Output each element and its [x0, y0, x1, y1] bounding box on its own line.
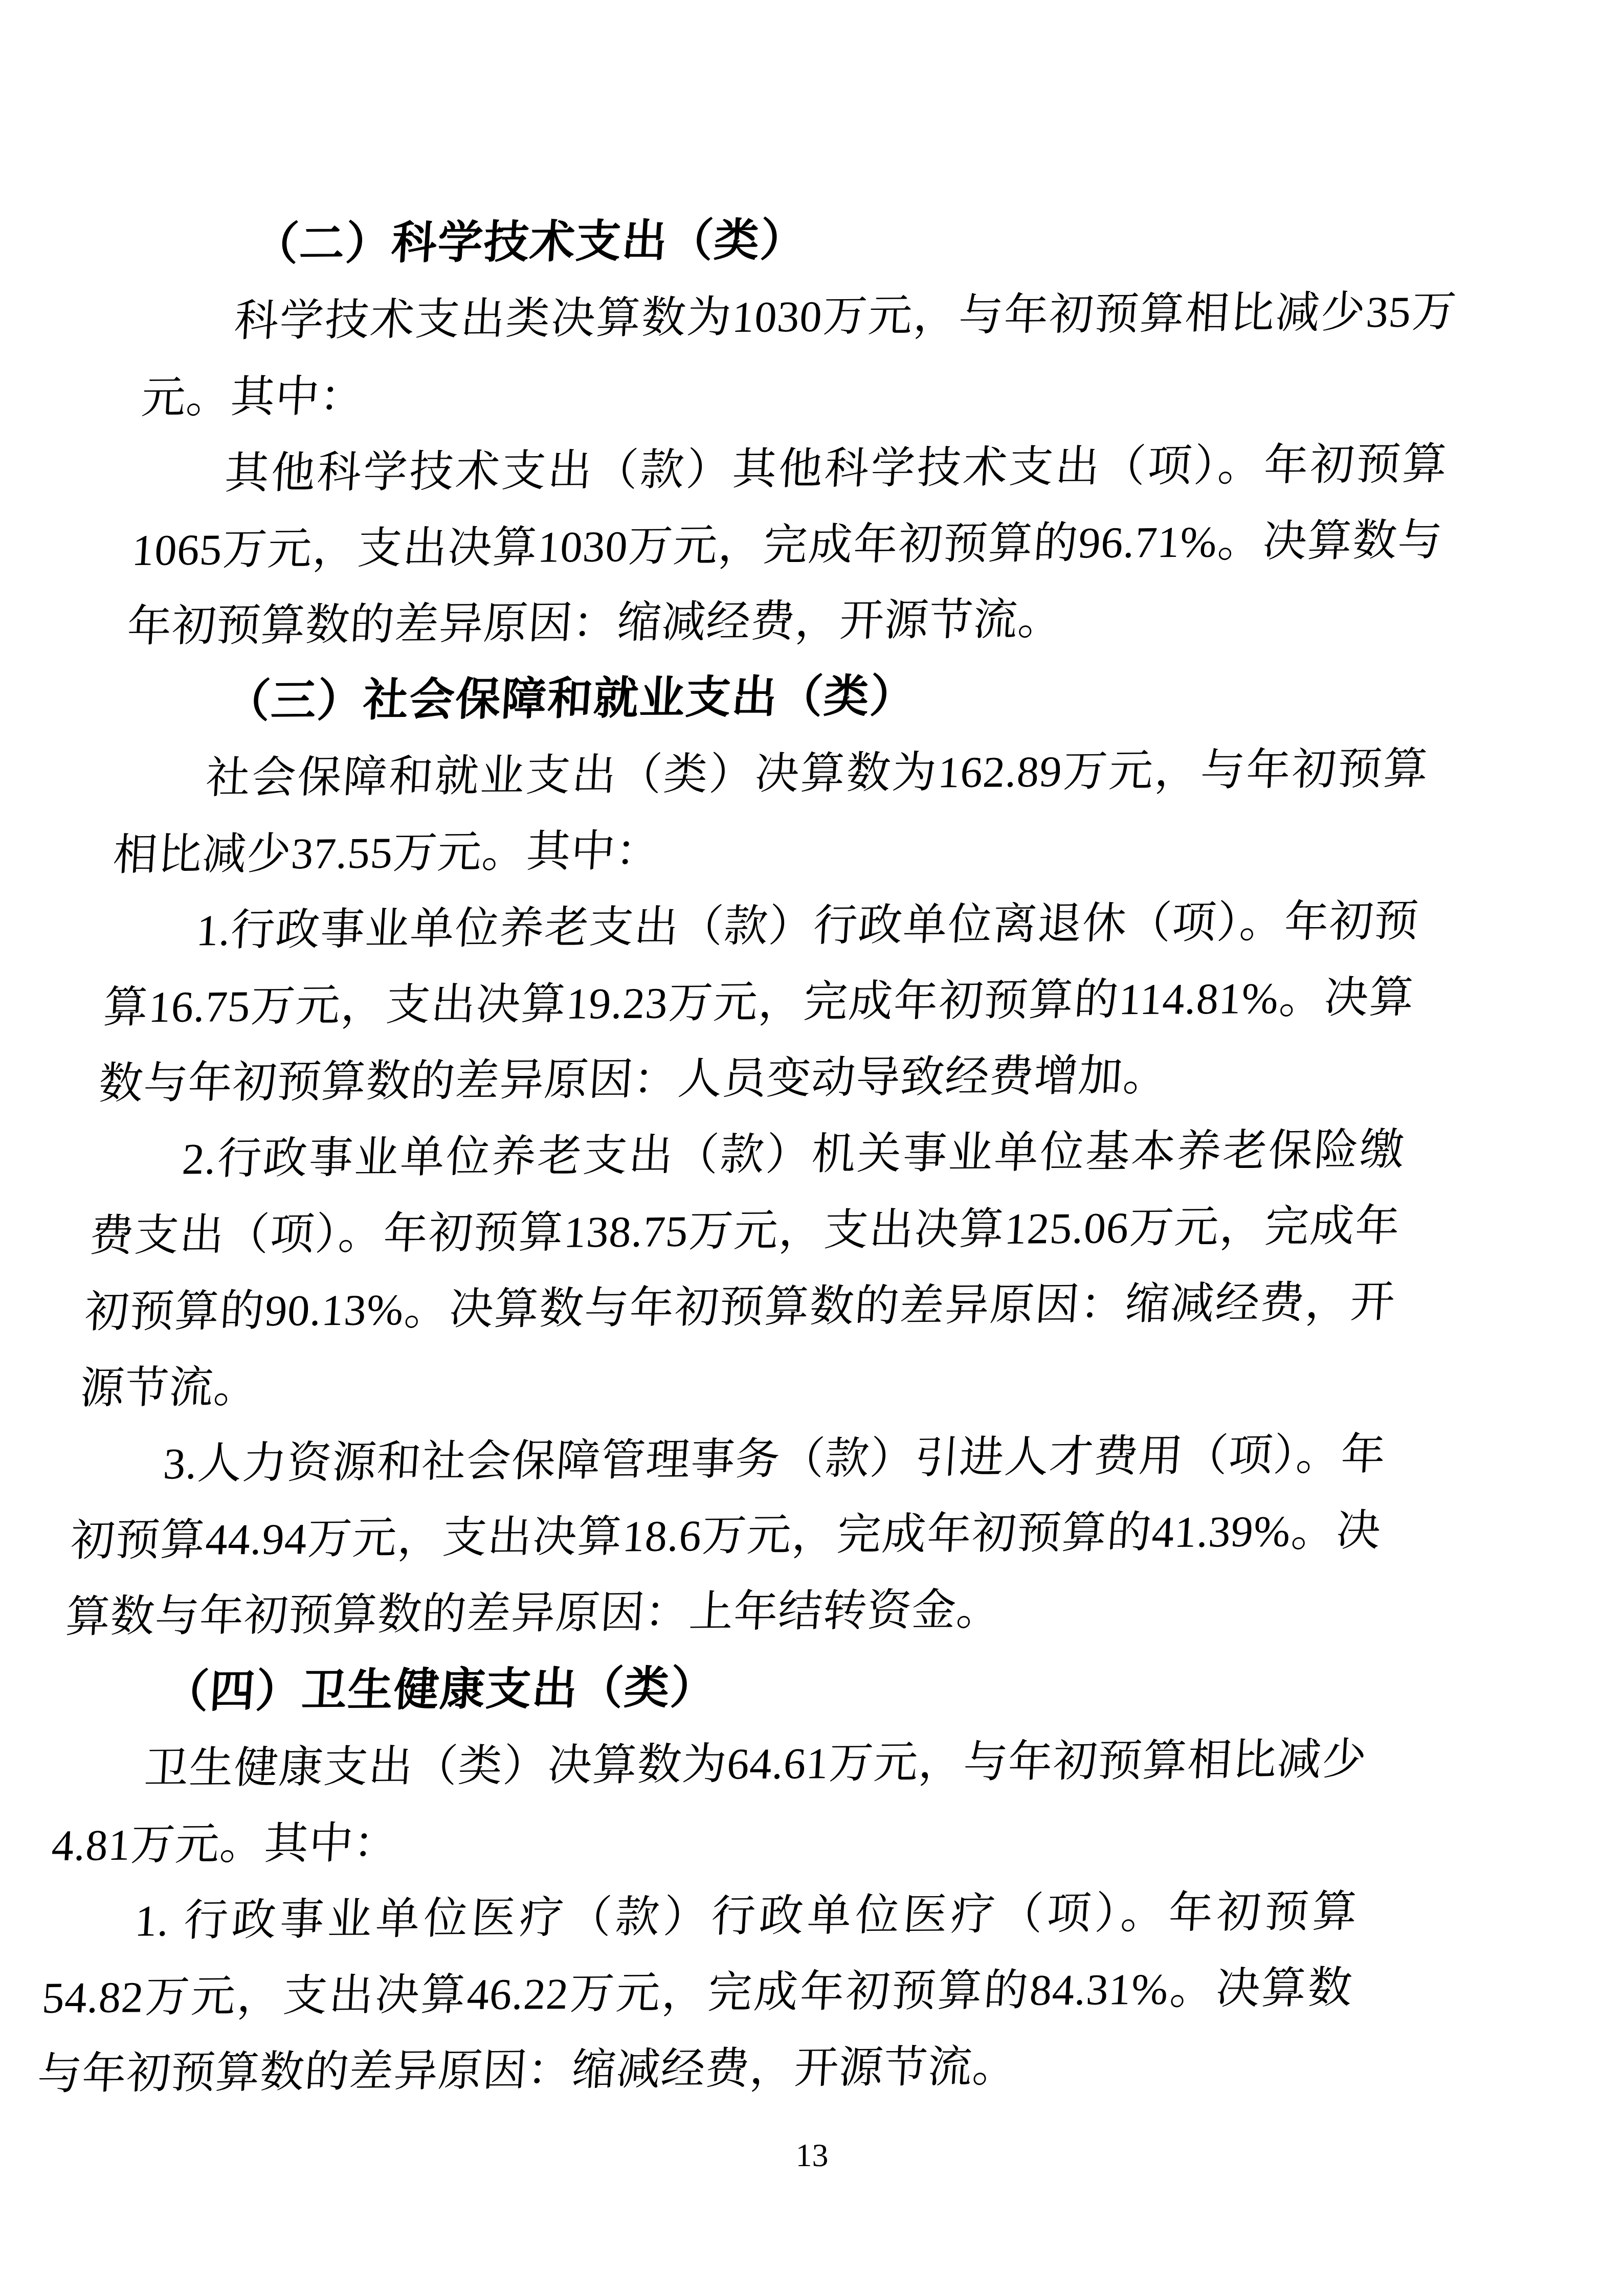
- paragraph: 科学技术支出类决算数为1030万元，与年初预算相比减少35万元。其中：: [139, 274, 1459, 436]
- section-science-technology: （二）科学技术支出（类） 科学技术支出类决算数为1030万元，与年初预算相比减少…: [125, 197, 1464, 665]
- document-body: （二）科学技术支出（类） 科学技术支出类决算数为1030万元，与年初预算相比减少…: [35, 197, 1464, 2112]
- paragraph: 3.人力资源和社会保障管理事务（款）引进人才费用（项）。年初预算44.94万元，…: [63, 1416, 1388, 1655]
- section-heading: （四）卫生健康支出（类）: [59, 1645, 1374, 1731]
- page-number: 13: [796, 2137, 829, 2173]
- page-footer: 13: [0, 2137, 1624, 2173]
- paragraph: 卫生健康支出（类）决算数为64.61万元，与年初预算相比减少4.81万元。其中：: [50, 1721, 1369, 1884]
- section-heading: （二）科学技术支出（类）: [149, 197, 1464, 284]
- document-page: （二）科学技术支出（类） 科学技术支出类决算数为1030万元，与年初预算相比减少…: [0, 0, 1624, 2296]
- paragraph: 1. 行政事业单位医疗（款）行政单位医疗（项）。年初预算54.82万元，支出决算…: [35, 1874, 1360, 2112]
- section-heading: （三）社会保障和就业支出（类）: [120, 655, 1435, 741]
- paragraph: 其他科学技术支出（款）其他科学技术支出（项）。年初预算1065万元，支出决算10…: [125, 426, 1450, 665]
- paragraph: 社会保障和就业支出（类）决算数为162.89万元，与年初预算相比减少37.55万…: [111, 731, 1431, 893]
- section-social-security-employment: （三）社会保障和就业支出（类） 社会保障和就业支出（类）决算数为162.89万元…: [63, 655, 1435, 1655]
- paragraph: 2.行政事业单位养老支出（款）机关事业单位基本养老保险缴费支出（项）。年初预算1…: [78, 1112, 1407, 1427]
- section-health: （四）卫生健康支出（类） 卫生健康支出（类）决算数为64.61万元，与年初预算相…: [35, 1645, 1374, 2112]
- paragraph: 1.行政事业单位养老支出（款）行政单位离退休（项）。年初预算16.75万元，支出…: [97, 883, 1421, 1122]
